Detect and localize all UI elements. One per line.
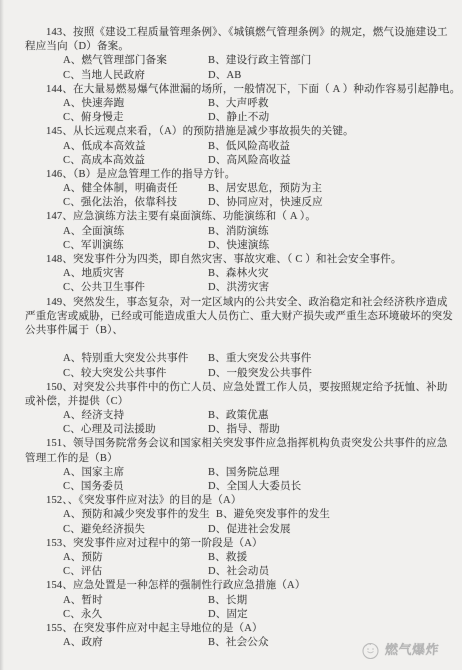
question-146-text-line: 146、（B）是应急管理工作的指导方针。 [25, 168, 444, 182]
option-row: A、暂时B、长期 [63, 594, 444, 608]
question-151-option-d: D、全国人大委员长 [208, 480, 353, 494]
option-row: C、公共卫生事件D、洪涝灾害 [63, 281, 444, 295]
option-row: C、当地人民政府D、AB [63, 69, 444, 83]
question-149-option-c: C、较大突发公共事件 [63, 367, 208, 381]
question-148-option-b: B、森林火灾 [208, 267, 353, 281]
question-149: 149、突然发生，事态复杂，对一定区域内的公共安全、政治稳定和社会经济秩序造成严… [25, 296, 444, 381]
question-149-option-d: D、一般突发公共事件 [208, 367, 353, 381]
question-147-option-a: A、全面演练 [63, 225, 208, 239]
question-148-text-line: 148、突发事件分为四类，即自然灾害、事故灾难、（ C ）和社会安全事件。 [25, 253, 444, 267]
question-153: 153、突发事件应对过程中的第一阶段是（A）A、预防B、救援C、评估D、社会动员 [25, 537, 444, 580]
question-153-option-d: D、社会动员 [208, 565, 353, 579]
question-154-option-a: A、暂时 [63, 594, 208, 608]
question-146-option-b: B、居安思危，预防为主 [208, 182, 353, 196]
question-151-option-c: C、国务委员 [63, 480, 208, 494]
question-145-option-d: D、高风险高收益 [208, 154, 353, 168]
question-152-option-d: D、促进社会发展 [208, 523, 353, 537]
question-145-option-a: A、低成本高效益 [63, 140, 208, 154]
question-148: 148、突发事件分为四类，即自然灾害、事故灾难、（ C ）和社会安全事件。A、地… [25, 253, 444, 296]
option-row: A、低成本高效益B、低风险高收益 [63, 140, 444, 154]
question-145-option-c: C、高成本高效益 [63, 154, 208, 168]
question-144: 144、在大量易燃易爆气体泄漏的场所，一般情况下，下面（ A ）种动作容易引起静… [25, 83, 444, 126]
question-150-option-a: A、经济支持 [63, 409, 208, 423]
question-149-text-line: 严重危害或威胁，已经或可能造成重大人员伤亡、重大财产损失或严重生态环境破坏的突发 [25, 310, 444, 324]
option-row: C、评估D、社会动员 [63, 565, 444, 579]
question-151: 151、领导国务院常务会议和国家相关突发事件应急指挥机构负责突发公共事件的应急管… [25, 437, 444, 494]
option-row: A、健全体制，明确责任B、居安思危，预防为主 [63, 182, 444, 196]
question-154-option-d: D、固定 [208, 608, 353, 622]
question-147-option-c: C、军训演练 [63, 239, 208, 253]
question-144-option-d: D、静止不动 [208, 111, 353, 125]
scan-edge-shadow [0, 0, 4, 670]
question-154-option-b: B、长期 [208, 594, 353, 608]
question-152-option-c: C、避免经济损失 [63, 523, 208, 537]
question-152-option-a: A、预防和减少突发事件的发生 [63, 508, 216, 522]
question-149-option-a: A、特别重大突发公共事件 [63, 352, 208, 366]
question-148-option-c: C、公共卫生事件 [63, 281, 208, 295]
watermark-label: 燃气爆炸 [385, 643, 440, 657]
question-151-option-a: A、国家主席 [63, 466, 208, 480]
question-146-option-a: A、健全体制，明确责任 [63, 182, 208, 196]
question-147-option-b: B、消防演练 [208, 225, 353, 239]
option-row: C、强化法治，依靠科技D、协同应对，快速反应 [63, 196, 444, 210]
question-144-option-c: C、俯身慢走 [63, 111, 208, 125]
question-150: 150、对突发公共事件中的伤亡人员、应急处置工作人员，要按照规定给予抚恤、补助或… [25, 381, 444, 438]
option-row: A、全面演练B、消防演练 [63, 225, 444, 239]
question-149-text-line: 公共事件属于（B）、 [25, 324, 444, 338]
question-146: 146、（B）是应急管理工作的指导方针。A、健全体制，明确责任B、居安思危，预防… [25, 168, 444, 211]
question-149-text-line: 149、突然发生，事态复杂，对一定区域内的公共安全、政治稳定和社会经济秩序造成 [25, 296, 444, 310]
watermark: 燃气爆炸 [360, 640, 439, 661]
option-row: A、预防B、救援 [63, 551, 444, 565]
question-144-text-line: 144、在大量易燃易爆气体泄漏的场所，一般情况下，下面（ A ）种动作容易引起静… [25, 83, 444, 97]
question-list: 143、按照《建设工程质量管理条例》、《城镇燃气管理条例》的规定，燃气设施建设工… [25, 26, 444, 650]
question-144-option-b: B、大声呼救 [208, 97, 353, 111]
question-148-option-a: A、地质灾害 [63, 267, 208, 281]
question-144-option-a: A、快速奔跑 [63, 97, 208, 111]
question-143-option-b: B、建设行政主管部门 [208, 54, 353, 68]
option-row: A、特别重大突发公共事件B、重大突发公共事件 [63, 352, 444, 366]
question-146-option-d: D、协同应对，快速反应 [208, 196, 353, 210]
question-147: 147、应急演练方法主要有桌面演练、功能演练和（ A ）。A、全面演练B、消防演… [25, 210, 444, 253]
question-143-option-a: A、燃气管理部门备案 [63, 54, 208, 68]
question-153-option-b: B、救援 [208, 551, 353, 565]
option-row: A、国家主席B、国务院总理 [63, 466, 444, 480]
watermark-logo-icon [360, 640, 381, 661]
question-152: 152、、《突发事件应对法》的目的是（A）A、预防和减少突发事件的发生B、避免突… [25, 494, 444, 537]
question-152-option-b: B、避免突发事件的发生 [216, 508, 361, 522]
question-143-option-d: D、AB [208, 69, 353, 83]
question-143: 143、按照《建设工程质量管理条例》、《城镇燃气管理条例》的规定，燃气设施建设工… [25, 26, 444, 83]
option-row: C、较大突发公共事件D、一般突发公共事件 [63, 367, 444, 381]
question-150-text-line: 或补偿，并提供（C） [25, 395, 444, 409]
question-151-option-b: B、国务院总理 [208, 466, 353, 480]
option-row: A、快速奔跑B、大声呼救 [63, 97, 444, 111]
option-row: C、永久D、固定 [63, 608, 444, 622]
question-155-option-a: A、政府 [63, 636, 208, 650]
question-153-text-line: 153、突发事件应对过程中的第一阶段是（A） [25, 537, 444, 551]
option-row: A、地质灾害B、森林火灾 [63, 267, 444, 281]
option-row: C、军训演练D、快速演练 [63, 239, 444, 253]
question-154-option-c: C、永久 [63, 608, 208, 622]
question-152-text-line: 152、、《突发事件应对法》的目的是（A） [25, 494, 444, 508]
question-145: 145、从长远观点来看，（A）的预防措施是减少事故损失的关键。A、低成本高效益B… [25, 125, 444, 168]
option-row: C、高成本高效益D、高风险高收益 [63, 154, 444, 168]
question-150-text-line: 150、对突发公共事件中的伤亡人员、应急处置工作人员，要按照规定给予抚恤、补助 [25, 381, 444, 395]
option-row: C、心理及司法援助D、指导、帮助 [63, 423, 444, 437]
question-155-option-b: B、社会公众 [208, 636, 353, 650]
option-row: C、国务委员D、全国人大委员长 [63, 480, 444, 494]
question-143-text-line: 程应当向（D）备案。 [25, 40, 444, 54]
question-147-option-d: D、快速演练 [208, 239, 353, 253]
question-148-option-d: D、洪涝灾害 [208, 281, 353, 295]
spacer [25, 338, 444, 352]
question-145-option-b: B、低风险高收益 [208, 140, 353, 154]
question-154-text-line: 154、应急处置是一种怎样的强制性行政应急措施（A） [25, 579, 444, 593]
option-row: A、燃气管理部门备案B、建设行政主管部门 [63, 54, 444, 68]
question-143-option-c: C、当地人民政府 [63, 69, 208, 83]
question-150-option-b: B、政策优惠 [208, 409, 353, 423]
document-page: 143、按照《建设工程质量管理条例》、《城镇燃气管理条例》的规定，燃气设施建设工… [0, 0, 462, 670]
question-151-text-line: 管理工作的是（B） [25, 452, 444, 466]
question-155-text-line: 155、在突发事件应对中起主导地位的是（A） [25, 622, 444, 636]
question-145-text-line: 145、从长远观点来看，（A）的预防措施是减少事故损失的关键。 [25, 125, 444, 139]
question-151-text-line: 151、领导国务院常务会议和国家相关突发事件应急指挥机构负责突发公共事件的应急 [25, 437, 444, 451]
option-row: A、预防和减少突发事件的发生B、避免突发事件的发生 [63, 508, 444, 522]
question-149-option-b: B、重大突发公共事件 [208, 352, 353, 366]
question-153-option-a: A、预防 [63, 551, 208, 565]
question-150-option-c: C、心理及司法援助 [63, 423, 208, 437]
question-147-text-line: 147、应急演练方法主要有桌面演练、功能演练和（ A ）。 [25, 210, 444, 224]
option-row: A、经济支持B、政策优惠 [63, 409, 444, 423]
question-143-text-line: 143、按照《建设工程质量管理条例》、《城镇燃气管理条例》的规定，燃气设施建设工 [25, 26, 444, 40]
question-153-option-c: C、评估 [63, 565, 208, 579]
option-row: C、俯身慢走D、静止不动 [63, 111, 444, 125]
question-154: 154、应急处置是一种怎样的强制性行政应急措施（A）A、暂时B、长期C、永久D、… [25, 579, 444, 622]
question-150-option-d: D、指导、帮助 [208, 423, 353, 437]
option-row: C、避免经济损失D、促进社会发展 [63, 523, 444, 537]
question-146-option-c: C、强化法治，依靠科技 [63, 196, 208, 210]
